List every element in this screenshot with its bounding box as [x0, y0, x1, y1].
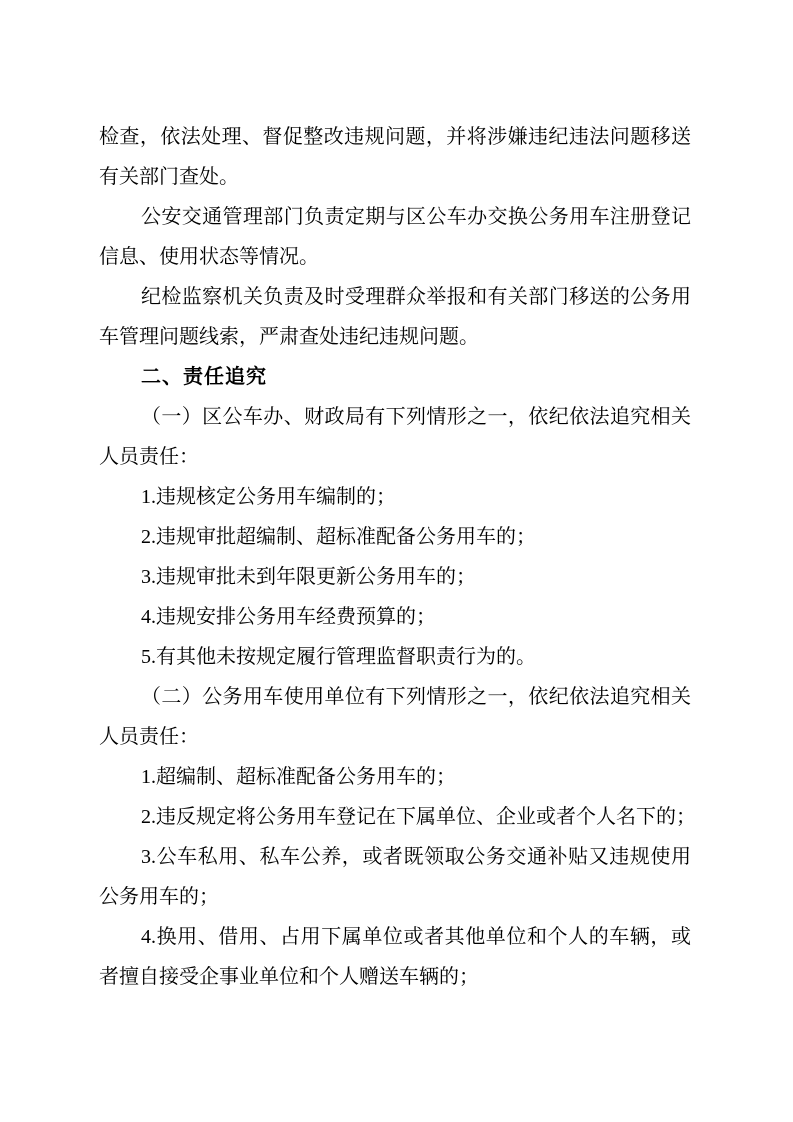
document-text-line: 车管理问题线索，严肃查处违纪违规问题。: [99, 317, 691, 357]
document-text-line: （二）公务用车使用单位有下列情形之一，依纪依法追究相关: [99, 677, 691, 717]
document-text-line: 纪检监察机关负责及时受理群众举报和有关部门移送的公务用: [99, 277, 691, 317]
document-text-line: 公务用车的；: [99, 877, 691, 917]
document-text-block: 检查，依法处理、督促整改违规问题，并将涉嫌违纪违法问题移送有关部门查处。公安交通…: [99, 117, 691, 997]
document-text-line: 4.换用、借用、占用下属单位或者其他单位和个人的车辆，或: [99, 917, 691, 957]
document-text-line: 1.违规核定公务用车编制的；: [99, 477, 691, 517]
document-page: 检查，依法处理、督促整改违规问题，并将涉嫌违纪违法问题移送有关部门查处。公安交通…: [0, 0, 793, 1122]
document-text-line: 信息、使用状态等情况。: [99, 237, 691, 277]
document-text-line: 4.违规安排公务用车经费预算的；: [99, 597, 691, 637]
document-text-line: 人员责任：: [99, 437, 691, 477]
document-text-line: 3.公车私用、私车公养，或者既领取公务交通补贴又违规使用: [99, 837, 691, 877]
document-text-line: 5.有其他未按规定履行管理监督职责行为的。: [99, 637, 691, 677]
document-text-line: 有关部门查处。: [99, 157, 691, 197]
section-heading: 二、责任追究: [99, 357, 691, 397]
document-text-line: 1.超编制、超标准配备公务用车的；: [99, 757, 691, 797]
document-text-line: 检查，依法处理、督促整改违规问题，并将涉嫌违纪违法问题移送: [99, 117, 691, 157]
document-text-line: 3.违规审批未到年限更新公务用车的；: [99, 557, 691, 597]
document-text-line: 2.违反规定将公务用车登记在下属单位、企业或者个人名下的；: [99, 797, 691, 837]
document-text-line: 人员责任：: [99, 717, 691, 757]
document-text-line: （一）区公车办、财政局有下列情形之一，依纪依法追究相关: [99, 397, 691, 437]
document-text-line: 公安交通管理部门负责定期与区公车办交换公务用车注册登记: [99, 197, 691, 237]
document-text-line: 者擅自接受企事业单位和个人赠送车辆的；: [99, 957, 691, 997]
document-text-line: 2.违规审批超编制、超标准配备公务用车的；: [99, 517, 691, 557]
